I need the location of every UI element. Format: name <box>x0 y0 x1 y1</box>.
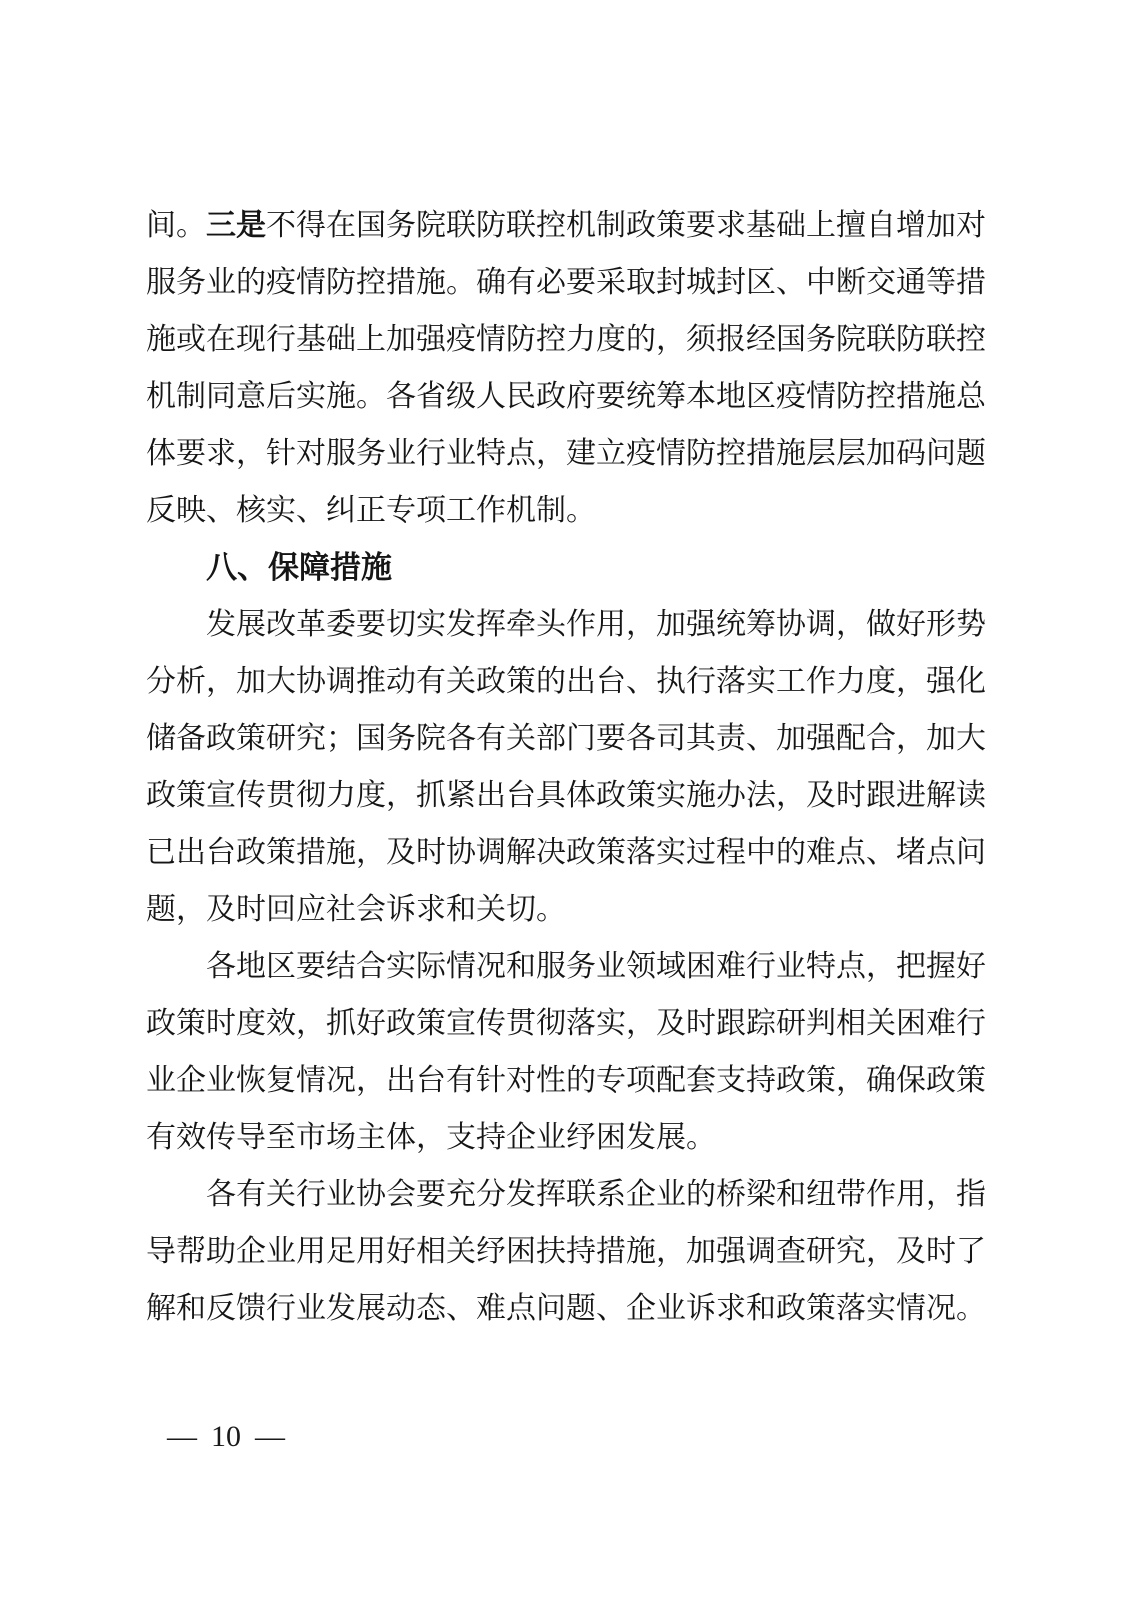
text-run: 不得在国务院联防联控机制政策要求基础上擅自增加对 <box>266 209 986 242</box>
text-run: 业企业恢复情况，出台有针对性的专项配套支持政策，确保政策 <box>146 1064 986 1097</box>
text-run: 有效传导至市场主体，支持企业纾困发展。 <box>146 1121 716 1154</box>
footer-right-dash: — <box>255 1419 285 1455</box>
text-line: 施或在现行基础上加强疫情防控力度的，须报经国务院联防联控 <box>146 311 986 368</box>
paragraph-continuation: 间。三是不得在国务院联防联控机制政策要求基础上擅自增加对服务业的疫情防控措施。确… <box>146 197 986 539</box>
text-line: 各有关行业协会要充分发挥联系企业的桥梁和纽带作用，指 <box>146 1166 986 1223</box>
text-run: 反映、核实、纠正专项工作机制。 <box>146 494 596 527</box>
text-line: 各地区要结合实际情况和服务业领域困难行业特点，把握好 <box>146 938 986 995</box>
text-run: 分析，加大协调推动有关政策的出台、执行落实工作力度，强化 <box>146 665 986 698</box>
text-line: 有效传导至市场主体，支持企业纾困发展。 <box>146 1109 986 1166</box>
text-line: 反映、核实、纠正专项工作机制。 <box>146 482 986 539</box>
paragraph-ndrc-lead: 发展改革委要切实发挥牵头作用，加强统筹协调，做好形势分析，加大协调推动有关政策的… <box>146 596 986 938</box>
text-run: 储备政策研究；国务院各有关部门要各司其责、加强配合，加大 <box>146 722 986 755</box>
footer-left-dash: — <box>167 1419 197 1455</box>
text-line: 服务业的疫情防控措施。确有必要采取封城封区、中断交通等措 <box>146 254 986 311</box>
bold-text-run: 三是 <box>206 209 266 242</box>
text-run: 各有关行业协会要充分发挥联系企业的桥梁和纽带作用，指 <box>206 1178 986 1211</box>
page-number: 10 <box>211 1419 241 1455</box>
text-run: 服务业的疫情防控措施。确有必要采取封城封区、中断交通等措 <box>146 266 986 299</box>
text-line: 机制同意后实施。各省级人民政府要统筹本地区疫情防控措施总 <box>146 368 986 425</box>
text-run: 政策时度效，抓好政策宣传贯彻落实，及时跟踪研判相关困难行 <box>146 1007 986 1040</box>
paragraph-regions: 各地区要结合实际情况和服务业领域困难行业特点，把握好政策时度效，抓好政策宣传贯彻… <box>146 938 986 1166</box>
text-line: 发展改革委要切实发挥牵头作用，加强统筹协调，做好形势 <box>146 596 986 653</box>
text-line: 导帮助企业用足用好相关纾困扶持措施，加强调查研究，及时了 <box>146 1223 986 1280</box>
text-run: 政策宣传贯彻力度，抓紧出台具体政策实施办法，及时跟进解读 <box>146 779 986 812</box>
text-run: 机制同意后实施。各省级人民政府要统筹本地区疫情防控措施总 <box>146 380 986 413</box>
text-line: 业企业恢复情况，出台有针对性的专项配套支持政策，确保政策 <box>146 1052 986 1109</box>
text-run: 体要求，针对服务业行业特点，建立疫情防控措施层层加码问题 <box>146 437 986 470</box>
text-run: 发展改革委要切实发挥牵头作用，加强统筹协调，做好形势 <box>206 608 986 641</box>
bold-text-run: 八、保障措施 <box>206 550 392 585</box>
text-run: 解和反馈行业发展动态、难点问题、企业诉求和政策落实情况。 <box>146 1292 986 1325</box>
text-line: 八、保障措施 <box>146 539 986 596</box>
text-line: 政策宣传贯彻力度，抓紧出台具体政策实施办法，及时跟进解读 <box>146 767 986 824</box>
text-run: 导帮助企业用足用好相关纾困扶持措施，加强调查研究，及时了 <box>146 1235 986 1268</box>
text-run: 各地区要结合实际情况和服务业领域困难行业特点，把握好 <box>206 950 986 983</box>
document-page: 间。三是不得在国务院联防联控机制政策要求基础上擅自增加对服务业的疫情防控措施。确… <box>0 0 1131 1600</box>
text-line: 间。三是不得在国务院联防联控机制政策要求基础上擅自增加对 <box>146 197 986 254</box>
text-line: 已出台政策措施，及时协调解决政策落实过程中的难点、堵点问 <box>146 824 986 881</box>
text-line: 题，及时回应社会诉求和关切。 <box>146 881 986 938</box>
page-footer: —10— <box>167 1419 285 1455</box>
text-line: 政策时度效，抓好政策宣传贯彻落实，及时跟踪研判相关困难行 <box>146 995 986 1052</box>
section-heading: 八、保障措施 <box>146 539 986 596</box>
document-body: 间。三是不得在国务院联防联控机制政策要求基础上擅自增加对服务业的疫情防控措施。确… <box>146 197 986 1337</box>
text-line: 储备政策研究；国务院各有关部门要各司其责、加强配合，加大 <box>146 710 986 767</box>
text-run: 题，及时回应社会诉求和关切。 <box>146 893 566 926</box>
text-run: 施或在现行基础上加强疫情防控力度的，须报经国务院联防联控 <box>146 323 986 356</box>
text-line: 体要求，针对服务业行业特点，建立疫情防控措施层层加码问题 <box>146 425 986 482</box>
paragraph-associations: 各有关行业协会要充分发挥联系企业的桥梁和纽带作用，指导帮助企业用足用好相关纾困扶… <box>146 1166 986 1337</box>
text-run: 已出台政策措施，及时协调解决政策落实过程中的难点、堵点问 <box>146 836 986 869</box>
text-run: 间。 <box>146 209 206 242</box>
text-line: 解和反馈行业发展动态、难点问题、企业诉求和政策落实情况。 <box>146 1280 986 1337</box>
text-line: 分析，加大协调推动有关政策的出台、执行落实工作力度，强化 <box>146 653 986 710</box>
